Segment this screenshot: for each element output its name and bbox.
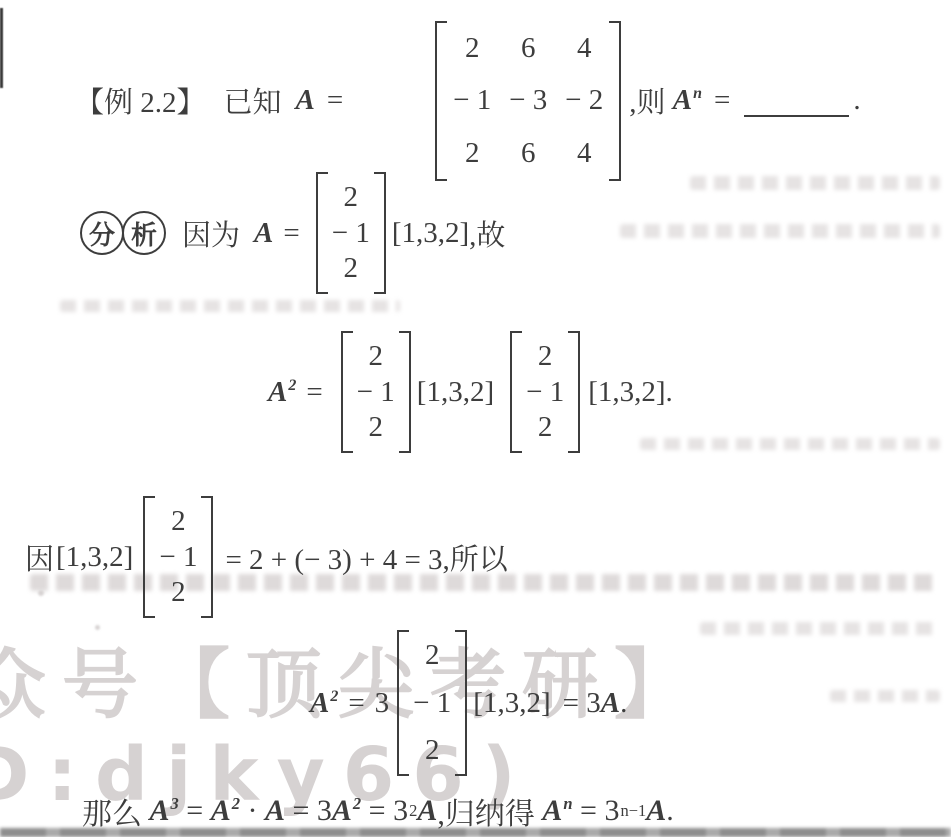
period: . bbox=[666, 794, 674, 828]
exponent-n: n bbox=[563, 794, 572, 813]
symbol-A-cubed: A3 bbox=[150, 794, 179, 828]
vector-cell: 2 bbox=[538, 340, 553, 373]
symbol-A: A bbox=[601, 687, 620, 720]
equals-sign: = bbox=[306, 376, 322, 409]
vector-cell: − 1 bbox=[413, 687, 451, 720]
matrix-cell: − 2 bbox=[563, 84, 605, 117]
ghost-text bbox=[700, 622, 940, 635]
col-vector: 2 − 1 2 bbox=[510, 331, 580, 453]
row-vector: [1,3,2] bbox=[56, 541, 133, 574]
equals-sign: = bbox=[283, 217, 299, 250]
calculation-text: = 2 + (− 3) + 4 = 3,所以 bbox=[225, 537, 507, 578]
dot-operator: · bbox=[240, 794, 265, 828]
equals-3: = 3 bbox=[285, 794, 332, 828]
ghost-text bbox=[620, 224, 940, 238]
symbol-A-squared: A2 bbox=[310, 687, 338, 720]
matrix-cell: − 3 bbox=[507, 84, 549, 117]
symbol-A: A bbox=[310, 687, 329, 719]
a-squared-result: A2 = 3 2 − 1 2 [1,3,2] = 3 A . bbox=[310, 628, 627, 778]
scalar-computation: 因 [1,3,2] 2 − 1 2 = 2 + (− 3) + 4 = 3,所以 bbox=[25, 493, 508, 621]
symbol-A: A bbox=[332, 794, 352, 827]
exponent-n: n bbox=[693, 85, 702, 102]
example-tag: 【例 2.2】 bbox=[75, 80, 206, 121]
analysis-badge-right: 析 bbox=[122, 211, 166, 255]
symbol-A-squared: A2 bbox=[211, 794, 240, 828]
matrix-cell: 2 bbox=[451, 32, 493, 65]
coefficient-3: 3 bbox=[375, 687, 390, 720]
row-vector: [1,3,2] bbox=[588, 376, 665, 409]
symbol-A: A bbox=[417, 794, 437, 828]
period: . bbox=[620, 687, 627, 720]
text: 那么 bbox=[82, 789, 150, 833]
vector-cell: 2 bbox=[368, 340, 383, 373]
symbol-A: A bbox=[542, 794, 562, 827]
vector-cell: 2 bbox=[171, 576, 186, 609]
exponent-2: 2 bbox=[232, 794, 240, 813]
ghost-text bbox=[60, 300, 400, 312]
known-label: 已知 bbox=[224, 80, 282, 121]
matrix-cell: − 1 bbox=[451, 84, 493, 117]
period: . bbox=[853, 84, 860, 117]
induction-label: ,归纳得 bbox=[437, 789, 542, 833]
symbol-A: A bbox=[265, 794, 285, 828]
row-vector: [1,3,2] bbox=[417, 376, 494, 409]
symbol-A: A bbox=[150, 794, 170, 827]
col-vector: 2 − 1 2 bbox=[316, 172, 386, 294]
symbol-A: A bbox=[254, 217, 273, 250]
equals-sign: = bbox=[348, 687, 364, 720]
ghost-text bbox=[640, 438, 940, 450]
vector-cell: 2 bbox=[368, 411, 383, 444]
exponent-n-minus-1: n−1 bbox=[620, 801, 646, 821]
dust-speck bbox=[95, 625, 100, 630]
exponent-2: 2 bbox=[330, 688, 338, 705]
vector-cell: 2 bbox=[425, 734, 440, 767]
vector-cell: − 1 bbox=[526, 376, 564, 409]
period: . bbox=[666, 376, 673, 409]
col-vector: 2 − 1 2 bbox=[341, 331, 411, 453]
analysis-badge-left: 分 bbox=[80, 211, 124, 255]
ghost-text bbox=[830, 690, 940, 702]
symbol-A: A bbox=[646, 794, 666, 828]
symbol-A-squared: A2 bbox=[268, 376, 296, 409]
vector-cell: − 1 bbox=[159, 541, 197, 574]
because-label: 因为 bbox=[182, 213, 240, 254]
matrix-cell: 6 bbox=[507, 32, 549, 65]
col-vector: 2 − 1 2 bbox=[397, 630, 467, 776]
problem-statement: 【例 2.2】 已知 A = 2 6 4 − 1 − 3 − 2 2 6 4 ,… bbox=[75, 18, 861, 183]
vector-cell: 2 bbox=[425, 639, 440, 672]
equals-3: = 3 bbox=[573, 794, 620, 828]
vector-cell: 2 bbox=[171, 505, 186, 538]
matrix-A: 2 6 4 − 1 − 3 − 2 2 6 4 bbox=[435, 21, 621, 181]
matrix-cell: 4 bbox=[563, 137, 605, 170]
vector-cell: − 1 bbox=[357, 376, 395, 409]
a-squared-expansion: A2 = 2 − 1 2 [1,3,2] 2 − 1 2 [1,3,2] . bbox=[268, 328, 673, 456]
vector-cell: 2 bbox=[538, 411, 553, 444]
equals-sign: = bbox=[714, 84, 730, 117]
symbol-A: A bbox=[673, 84, 692, 116]
symbol-A-squared: A2 bbox=[332, 794, 361, 828]
exponent-2: 2 bbox=[288, 377, 296, 394]
vector-cell: 2 bbox=[344, 252, 359, 285]
analysis-line: 分 析 因为 A = 2 − 1 2 [1,3,2] ,故 bbox=[80, 172, 505, 294]
then-label: ,则 bbox=[629, 80, 673, 121]
symbol-A-power-n: An bbox=[542, 794, 572, 828]
row-vector: [1,3,2] bbox=[392, 217, 469, 250]
exponent-2: 2 bbox=[353, 794, 361, 813]
equals-sign: = bbox=[327, 84, 343, 117]
vector-cell: − 1 bbox=[332, 217, 370, 250]
vector-cell: 2 bbox=[344, 181, 359, 214]
symbol-A: A bbox=[268, 376, 287, 408]
matrix-cell: 2 bbox=[451, 137, 493, 170]
equals-3: = 3 bbox=[563, 687, 601, 720]
matrix-cell: 6 bbox=[507, 137, 549, 170]
answer-blank bbox=[744, 84, 849, 116]
equals-sign: = bbox=[179, 794, 211, 828]
symbol-A-power-n: An bbox=[673, 84, 702, 117]
scan-edge-mark bbox=[0, 8, 3, 88]
so-label: ,故 bbox=[469, 213, 505, 254]
symbol-A: A bbox=[211, 794, 231, 827]
col-vector: 2 − 1 2 bbox=[143, 496, 213, 618]
because-label: 因 bbox=[25, 537, 54, 578]
matrix-cell: 4 bbox=[563, 32, 605, 65]
symbol-A: A bbox=[296, 84, 315, 117]
exponent-3: 3 bbox=[171, 794, 179, 813]
row-vector: [1,3,2] bbox=[473, 687, 550, 720]
conclusion-line: 那么 A3 = A2 · A = 3 A2 = 32 A ,归纳得 An = 3… bbox=[82, 788, 674, 833]
equals-3: = 3 bbox=[361, 794, 408, 828]
